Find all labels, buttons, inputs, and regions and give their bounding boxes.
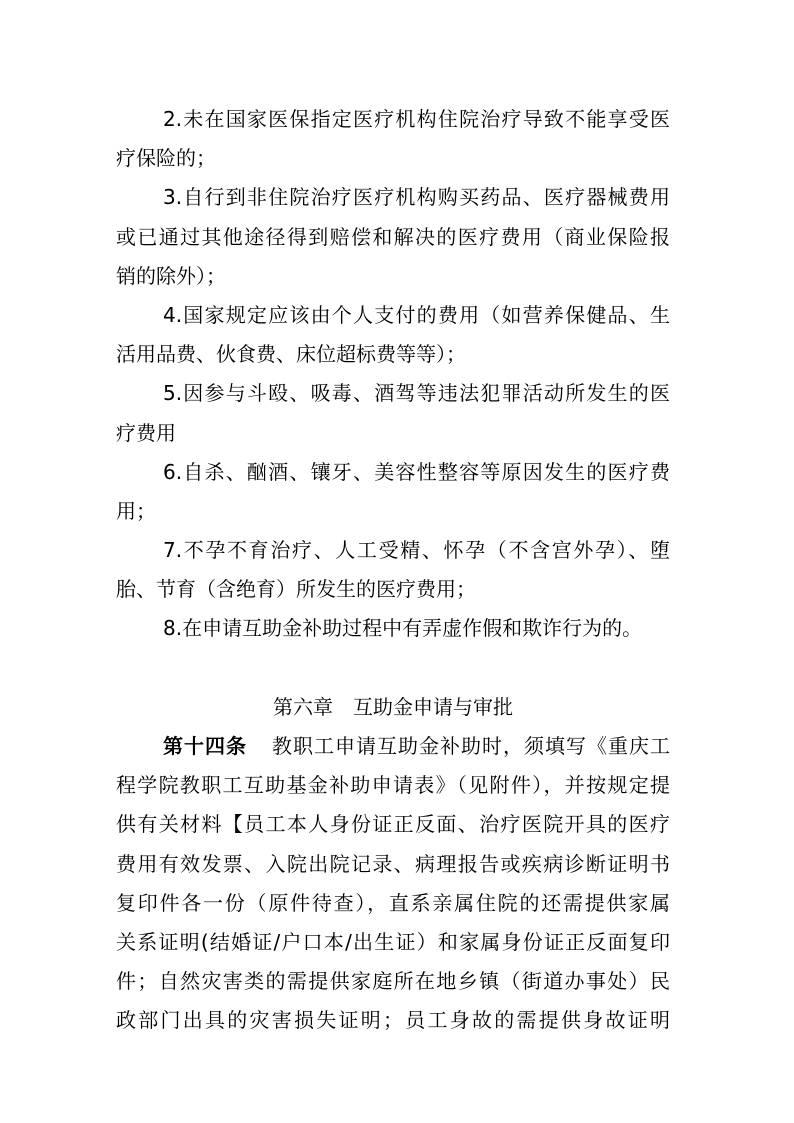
blank-line	[116, 649, 670, 688]
item-4-line-1: 4.国家规定应该由个人支付的费用（如营养保健品、生	[116, 296, 670, 335]
article-14-line-7: 件；自然灾害类的需提供家庭所在地乡镇（街道办事处）民	[116, 962, 670, 1001]
document-page: 2.未在国家医保指定医疗机构住院治疗导致不能享受医 疗保险的； 3.自行到非住院…	[116, 100, 670, 1041]
item-3-line-1: 3.自行到非住院治疗医疗机构购买药品、医疗器械费用	[116, 178, 670, 217]
article-14-line-2: 程学院教职工互助基金补助申请表》（见附件），并按规定提	[116, 766, 670, 805]
article-14-line-1: 第十四条教职工申请互助金补助时，须填写《重庆工	[116, 727, 670, 766]
item-5-line-1: 5.因参与斗殴、吸毒、酒驾等违法犯罪活动所发生的医	[116, 374, 670, 413]
item-5-line-2: 疗费用	[116, 414, 670, 453]
item-2-line-2: 疗保险的；	[116, 139, 670, 178]
chapter-heading: 第六章 互助金申请与审批	[116, 688, 670, 727]
item-7-line-2: 胎、节育（含绝育）所发生的医疗费用；	[116, 570, 670, 609]
item-6-line-2: 用；	[116, 492, 670, 531]
item-3-line-2: 或已通过其他途径得到赔偿和解决的医疗费用（商业保险报	[116, 218, 670, 257]
article-label: 第十四条	[163, 734, 247, 758]
item-3-line-3: 销的除外）；	[116, 257, 670, 296]
article-14-line-5: 复印件各一份（原件待查），直系亲属住院的还需提供家属	[116, 884, 670, 923]
item-8-line-1: 8.在申请互助金补助过程中有弄虚作假和欺诈行为的。	[116, 609, 670, 648]
article-14-text-1: 教职工申请互助金补助时，须填写《重庆工	[271, 734, 670, 758]
article-14-line-3: 供有关材料【员工本人身份证正反面、治疗医院开具的医疗	[116, 805, 670, 844]
item-6-line-1: 6.自杀、酗酒、镶牙、美容性整容等原因发生的医疗费	[116, 453, 670, 492]
article-14-line-6: 关系证明(结婚证/户口本/出生证）和家属身份证正反面复印	[116, 923, 670, 962]
article-14-line-4: 费用有效发票、入院出院记录、病理报告或疾病诊断证明书	[116, 845, 670, 884]
item-7-line-1: 7.不孕不育治疗、人工受精、怀孕（不含宫外孕）、堕	[116, 531, 670, 570]
item-2-line-1: 2.未在国家医保指定医疗机构住院治疗导致不能享受医	[116, 100, 670, 139]
item-4-line-2: 活用品费、伙食费、床位超标费等等）；	[116, 335, 670, 374]
article-14-line-8: 政部门出具的灾害损失证明；员工身故的需提供身故证明	[116, 1001, 670, 1040]
